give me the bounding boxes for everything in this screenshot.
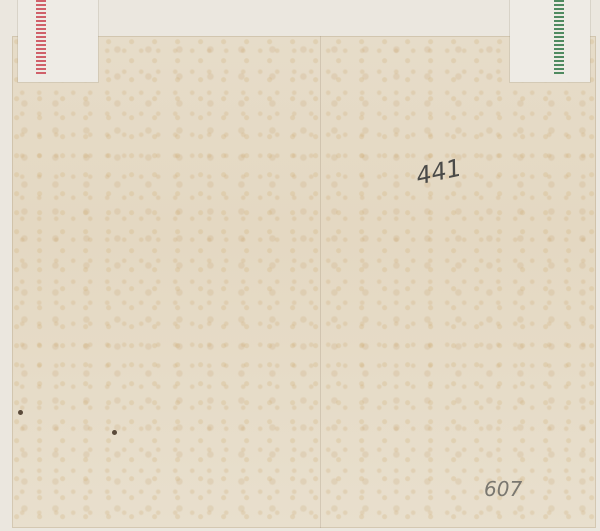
green-stripe-icon [554, 0, 564, 75]
pencil-annotation-607: 607 [484, 477, 522, 501]
stain-spot [18, 410, 23, 415]
paper-sheet [12, 36, 596, 528]
right-hinge [510, 0, 590, 82]
left-hinge [18, 0, 98, 82]
center-fold [320, 36, 321, 528]
red-stripe-icon [36, 0, 46, 75]
stain-spot [112, 430, 117, 435]
